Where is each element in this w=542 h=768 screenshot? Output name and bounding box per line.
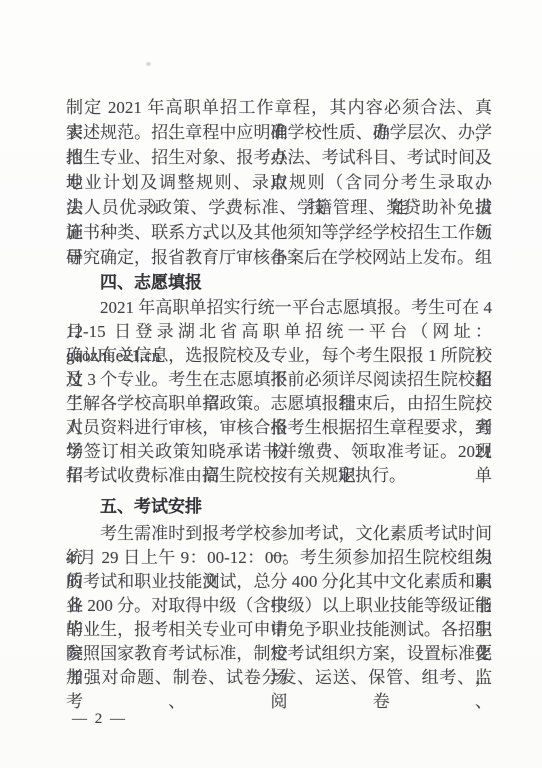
page-number: — 2 —: [72, 711, 127, 728]
text-line: 尖人员优录政策、学费标准、学籍管理、奖贷助补免措施、学历: [66, 195, 492, 220]
volunteer-filling-paragraph: 2021 年高职单招实行统一平台志愿填报。考生可在 4 月12-15 日登录湖北…: [66, 296, 492, 488]
scanned-document-page: 制定 2021 年高职单招工作章程，其内容必须合法、真实、准确，表述规范。招生章…: [0, 0, 542, 768]
text-line: 质考试和职业技能测试，总分 400 分，其中文化素质和职业技能: [66, 570, 492, 594]
text-line: 专业计划及调整规则、录取规则（含同分考生录取办法）、技能拔: [66, 170, 492, 195]
scan-speck: [146, 62, 151, 66]
text-line: 了解各学校高职单招政策。志愿填报结束后，由招生院校对报考: [66, 392, 492, 416]
section-heading-volunteer-filling: 四、志愿填报: [66, 273, 492, 293]
text-line: 招生专业、招生对象、报考办法、考试科目、考试时间及地点、: [66, 145, 492, 170]
text-line: 考生需准时到报考学校参加考试，文化素质考试时间统一为: [66, 522, 492, 546]
section-heading-exam-arrangement: 五、考试安排: [66, 497, 492, 517]
text-line: 12-15 日登录湖北省高职单招统一平台（网址：gaozhi.e21.cn）: [66, 320, 492, 344]
text-line: 过 3 个专业。考生在志愿填报前必须详尽阅读招生院校招生章程，: [66, 368, 492, 392]
text-line: 4 月 29 日上午 9：00-12：00。考生须参加招生院校组织的文化素: [66, 546, 492, 570]
text-line: 制定 2021 年高职单招工作章程，其内容必须合法、真实、准确，: [66, 95, 492, 120]
intro-paragraph: 制定 2021 年高职单招工作章程，其内容必须合法、真实、准确，表述规范。招生章…: [66, 95, 492, 270]
text-line: 人员资料进行审核，审核合格考生根据招生章程要求，到学校现: [66, 416, 492, 440]
text-line: 毕业生，报考相关专业可申请免予职业技能测试。各招生院校要: [66, 618, 492, 642]
text-line: 证书种类、联系方式以及其他须知等，经学校招生工作领导小组: [66, 220, 492, 245]
text-line: 2021 年高职单招实行统一平台志愿填报。考生可在 4 月: [66, 296, 492, 320]
exam-arrangement-paragraph: 考生需准时到报考学校参加考试，文化素质考试时间统一为4 月 29 日上午 9：0…: [66, 522, 492, 690]
text-line: 各 200 分。对取得中级（含中级）以上职业技能等级证书的中职: [66, 594, 492, 618]
text-line: 确认有关信息，选报院校及专业，每个考生限报 1 所院校及不超: [66, 344, 492, 368]
text-line: 研究确定，报省教育厅审核备案后在学校网站上发布。: [66, 245, 492, 270]
text-line: 参照国家教育考试标准，制定考试组织方案，设置标准化考场，: [66, 642, 492, 666]
text-line: 场签订相关政策知晓承诺书并缴费、领取准考证。2021 年高职单: [66, 440, 492, 464]
text-line: 表述规范。招生章程中应明确学校性质、办学层次、办学地点、: [66, 120, 492, 145]
document-body: 制定 2021 年高职单招工作章程，其内容必须合法、真实、准确，表述规范。招生章…: [66, 95, 492, 690]
text-line: 加强对命题、制卷、试卷分发、运送、保管、组考、监考、阅卷、: [66, 666, 492, 690]
